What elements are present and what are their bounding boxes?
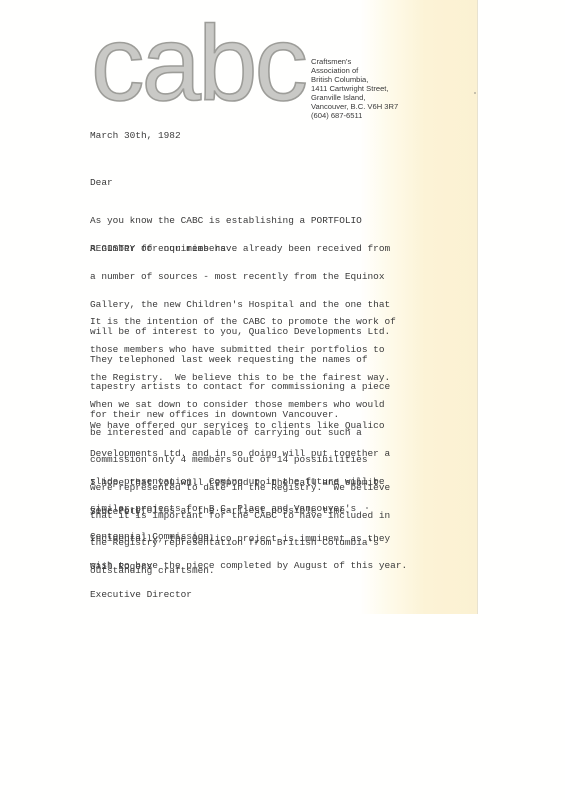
text-line: a number of sources - most recently from… <box>90 272 390 281</box>
signatory-name: Gail Rogers <box>90 562 192 571</box>
closing: Sincerely, <box>90 507 147 516</box>
signature-block: Gail Rogers Executive Director <box>90 544 192 618</box>
text-line: Incidentally, the Qualico project is imm… <box>90 534 407 543</box>
paper-speck <box>366 507 368 509</box>
letter-date: March 30th, 1982 <box>90 131 181 140</box>
address-line: Granville Island, <box>311 93 398 102</box>
text-line: We have offered our services to clients … <box>90 421 390 430</box>
letter-page: cabc Craftsmen's Association of British … <box>0 0 565 800</box>
salutation: Dear <box>90 178 113 187</box>
address-line: Craftsmen's <box>311 57 398 66</box>
cabc-logo: cabc <box>91 10 305 117</box>
letterhead-address: Craftsmen's Association of British Colum… <box>311 57 398 120</box>
text-line: It is the intention of the CABC to promo… <box>90 317 396 326</box>
address-line: 1411 Cartwright Street, <box>311 84 398 93</box>
text-line: Developments Ltd. and in so doing will p… <box>90 449 390 458</box>
text-line: A number of enquiries have already been … <box>90 244 390 253</box>
address-line: (604) 687-6511 <box>311 111 398 120</box>
text-line: those members who have submitted their p… <box>90 345 396 354</box>
signatory-title: Executive Director <box>90 590 192 599</box>
page-edge <box>477 0 478 614</box>
address-line: Association of <box>311 66 398 75</box>
text-line: I hope that you will respond to the call… <box>90 478 407 487</box>
text-line: the Registry. We believe this to be the … <box>90 373 396 382</box>
address-line: Vancouver, B.C. V6H 3R7 <box>311 102 398 111</box>
text-line: As you know the CABC is establishing a P… <box>90 216 362 225</box>
address-line: British Columbia, <box>311 75 398 84</box>
paper-speck <box>474 92 476 94</box>
